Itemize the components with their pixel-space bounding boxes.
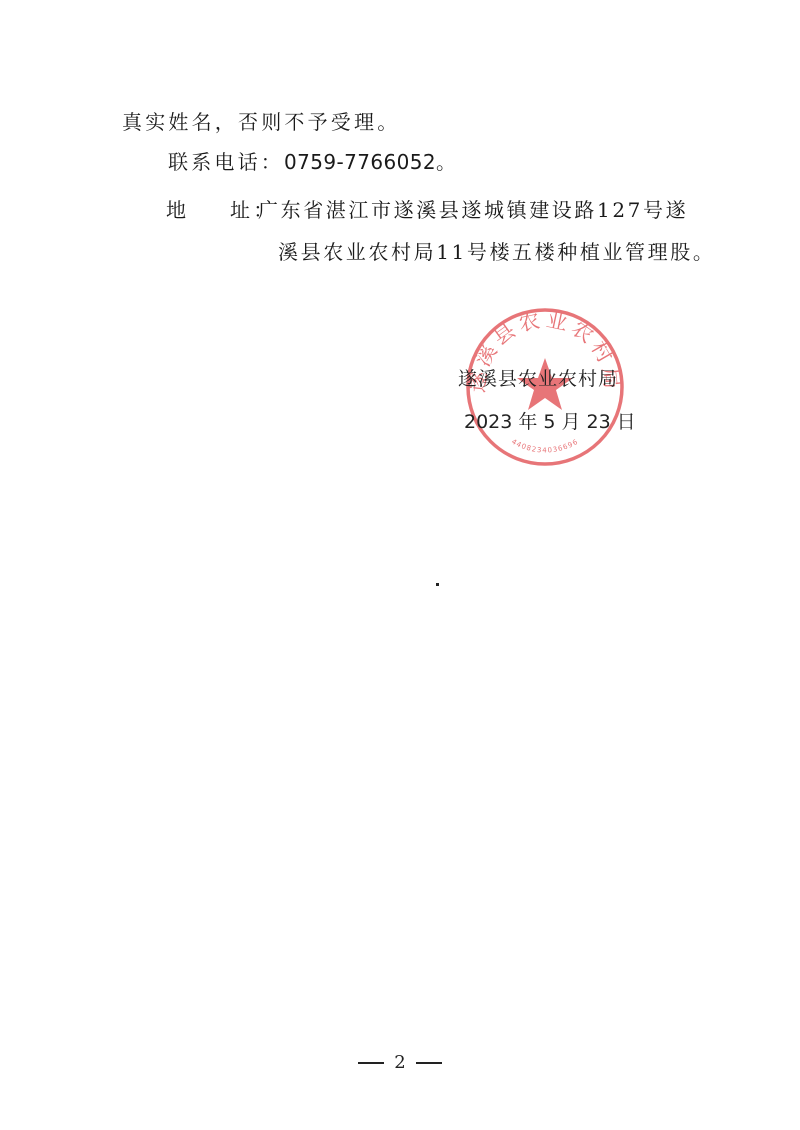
page-footer: 2 bbox=[0, 1052, 800, 1073]
page-number: 2 bbox=[394, 1052, 405, 1073]
phone-label: 联系电话： bbox=[168, 150, 284, 174]
date-day: 23 bbox=[586, 411, 610, 433]
contact-phone-line: 联系电话：0759-7766052。 bbox=[168, 152, 456, 172]
body-text-line: 真实姓名，否则不予受理。 bbox=[122, 112, 400, 132]
footer-dash-left bbox=[358, 1062, 384, 1064]
footer-dash-right bbox=[416, 1062, 442, 1064]
scan-speck bbox=[436, 583, 439, 586]
address-line-2: 溪县农业农村局11号楼五楼种植业管理股。 bbox=[278, 242, 715, 262]
document-page: 真实姓名，否则不予受理。 联系电话：0759-7766052。 地 址： 广东省… bbox=[0, 0, 800, 1130]
date-day-unit: 日 bbox=[617, 411, 636, 433]
date-month-unit: 月 bbox=[561, 411, 580, 433]
date-month: 5 bbox=[543, 411, 555, 433]
date-year-unit: 年 bbox=[518, 411, 537, 433]
signature-organization: 遂溪县农业农村局 bbox=[458, 370, 618, 389]
address-label-char1: 地 bbox=[166, 200, 189, 220]
svg-text:4408234036696: 4408234036696 bbox=[510, 438, 580, 455]
phone-value: 0759-7766052。 bbox=[284, 150, 456, 174]
address-line-1: 广东省湛江市遂溪县遂城镇建设路127号遂 bbox=[258, 200, 688, 220]
date-year: 2023 bbox=[464, 411, 512, 433]
stamp-code: 4408234036696 bbox=[510, 438, 580, 455]
signature-date: 2023年5月23日 bbox=[464, 413, 642, 432]
